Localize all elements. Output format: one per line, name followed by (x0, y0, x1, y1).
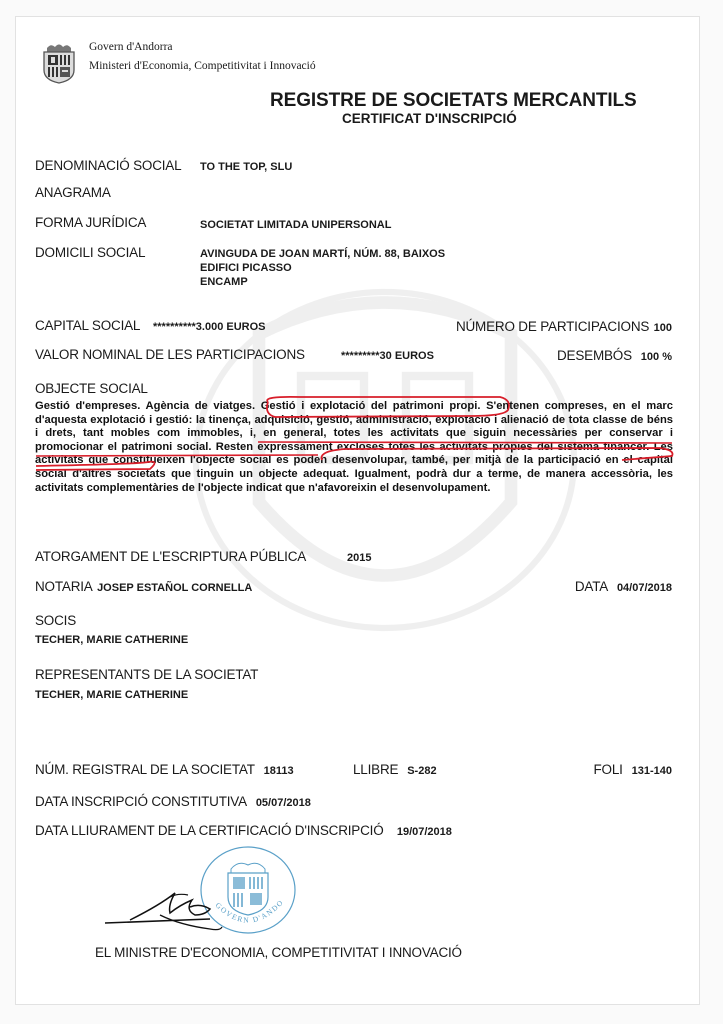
highlighted-patrimoni-propi: Gestió i explotació del patrimoni propi. (261, 400, 481, 412)
signatory-title: EL MINISTRE D'ECONOMIA, COMPETITIVITAT I… (95, 945, 462, 960)
data-lliurament-value: 19/07/2018 (397, 826, 452, 838)
objecte-social-label: OBJECTE SOCIAL (35, 381, 148, 396)
num-participacions-label: NÚMERO DE PARTICIPACIONS (456, 319, 649, 334)
government-name: Govern d'Andorra (89, 41, 173, 53)
forma-juridica-label: FORMA JURÍDICA (35, 215, 146, 230)
document-title: REGISTRE DE SOCIETATS MERCANTILS (270, 90, 637, 112)
data-notaria-value: 04/07/2018 (617, 582, 672, 594)
foli-value: 131-140 (632, 765, 672, 777)
andorra-coat-of-arms-icon (39, 42, 79, 84)
document-subtitle: CERTIFICAT D'INSCRIPCIÓ (342, 111, 517, 126)
domicili-line2: EDIFICI PICASSO (200, 262, 292, 274)
llibre: LLIBRE S-282 (353, 761, 437, 779)
ministry-name: Ministeri d'Economia, Competitivitat i I… (89, 60, 316, 72)
forma-juridica-value: SOCIETAT LIMITADA UNIPERSONAL (200, 219, 391, 231)
data-notaria: DATA 04/07/2018 (575, 578, 672, 596)
domicili-line3: ENCAMP (200, 276, 248, 288)
representants-value: TECHER, MARIE CATHERINE (35, 689, 188, 701)
domicili-label: DOMICILI SOCIAL (35, 245, 145, 260)
representants-label: REPRESENTANTS DE LA SOCIETAT (35, 667, 258, 682)
data-inscripcio-label: DATA INSCRIPCIÓ CONSTITUTIVA (35, 794, 247, 809)
atorgament-label: ATORGAMENT DE L'ESCRIPTURA PÚBLICA (35, 549, 306, 564)
data-inscripcio-value: 05/07/2018 (256, 797, 311, 809)
desembos: DESEMBÓS 100 % (557, 347, 672, 365)
highlighted-activitats-excloses: Resten expressament excloses totes les a… (216, 441, 650, 453)
num-participacions-value: 100 (654, 322, 672, 334)
notaria-label: NOTARIA (35, 579, 93, 594)
num-registral-value: 18113 (264, 765, 294, 777)
signature (100, 885, 250, 935)
llibre-label: LLIBRE (353, 762, 398, 777)
desembos-value: 100 % (641, 351, 672, 363)
foli-label: FOLI (594, 762, 623, 777)
data-inscripcio: DATA INSCRIPCIÓ CONSTITUTIVA 05/07/2018 (35, 793, 311, 811)
valor-nominal-label: VALOR NOMINAL DE LES PARTICIPACIONS (35, 347, 305, 362)
socis-value: TECHER, MARIE CATHERINE (35, 634, 188, 646)
data-notaria-label: DATA (575, 579, 608, 594)
objecte-social-text: Gestió d'empreses. Agència de viatges. G… (35, 400, 673, 495)
denominacio-value: TO THE TOP, SLU (200, 161, 292, 173)
atorgament-value: 2015 (347, 552, 371, 564)
desembos-label: DESEMBÓS (557, 348, 632, 363)
capital-value: **********3.000 EUROS (153, 321, 266, 333)
socis-label: SOCIS (35, 613, 76, 628)
domicili-line1: AVINGUDA DE JOAN MARTÍ, NÚM. 88, BAIXOS (200, 248, 445, 260)
num-registral: NÚM. REGISTRAL DE LA SOCIETAT 18113 (35, 761, 294, 779)
capital-label: CAPITAL SOCIAL (35, 318, 140, 333)
foli: FOLI 131-140 (594, 761, 672, 779)
notaria: NOTARIA JOSEP ESTAÑOL CORNELLA (35, 578, 252, 596)
llibre-value: S-282 (407, 765, 436, 777)
data-lliurament-label: DATA LLIURAMENT DE LA CERTIFICACIÓ D'INS… (35, 823, 384, 838)
data-lliurament: DATA LLIURAMENT DE LA CERTIFICACIÓ D'INS… (35, 822, 452, 840)
valor-nominal-value: *********30 EUROS (341, 350, 434, 362)
num-participacions: NÚMERO DE PARTICIPACIONS 100 (456, 318, 672, 336)
denominacio-label: DENOMINACIÓ SOCIAL (35, 158, 181, 173)
anagrama-label: ANAGRAMA (35, 185, 111, 200)
notaria-value: JOSEP ESTAÑOL CORNELLA (97, 582, 252, 594)
num-registral-label: NÚM. REGISTRAL DE LA SOCIETAT (35, 762, 255, 777)
